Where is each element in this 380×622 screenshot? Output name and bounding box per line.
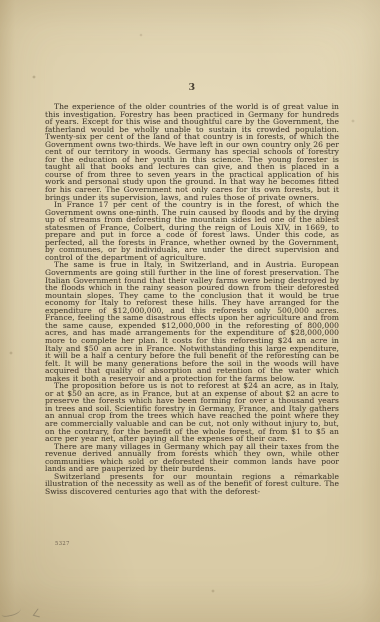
paragraph-experience-older-countries: The experience of the older countries of… <box>45 103 339 201</box>
pencil-smudge <box>0 604 21 617</box>
print-signature-number: 5327 <box>55 541 70 547</box>
paragraph-proposition-preserve-forests: The proposition before us is not to refo… <box>45 382 339 442</box>
page-text: The experience of the older countries of… <box>45 103 339 495</box>
page-number: 3 <box>45 82 339 93</box>
paragraph-german-villages-taxes: There are many villages in Germany which… <box>45 443 339 473</box>
paragraph-switzerland-forest-culture: Switzerland presents for our mountain re… <box>45 473 339 496</box>
paper-specks <box>0 0 2 2</box>
paragraph-italy-reforesting-costs: The same is true in Italy, in Switzerlan… <box>45 261 339 382</box>
paragraph-france-forest-laws: In France 17 per cent of the country is … <box>45 201 339 261</box>
pencil-mark <box>33 609 45 618</box>
scanned-book-page: 3 The experience of the older countries … <box>0 0 380 622</box>
